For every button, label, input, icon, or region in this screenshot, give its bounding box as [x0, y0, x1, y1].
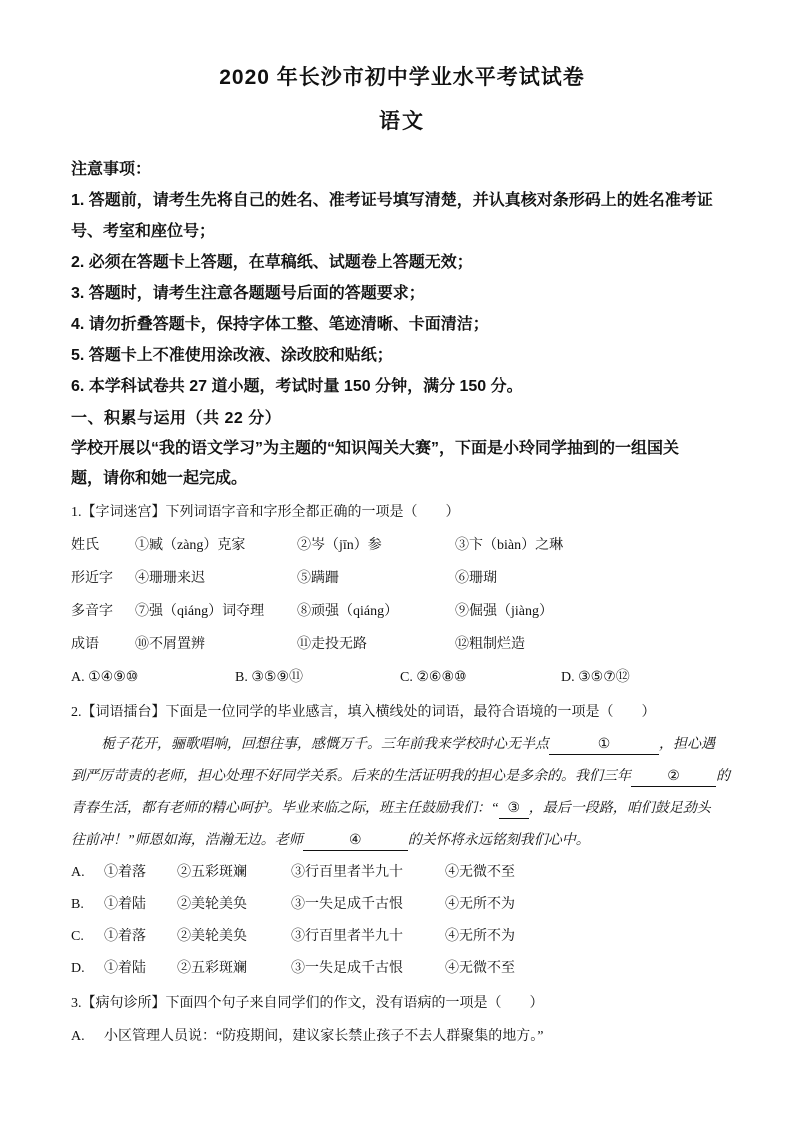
option-item: ④无微不至	[445, 953, 733, 985]
q1-row-item: ④珊珊来迟	[135, 562, 297, 595]
option-item: ③行百里者半九十	[291, 857, 445, 889]
blank-underline-4: ④	[303, 832, 408, 851]
passage-text: ，担心遇	[659, 737, 715, 752]
q2-passage-line: 栀子花开，骊歌唱响，回想往事，感慨万千。三年前我来学校时心无半点①，担心遇	[71, 729, 733, 761]
q1-option-d: D. ③⑤⑦⑫	[561, 661, 733, 694]
passage-text: ，最后一段路，咱们鼓足劲头	[529, 801, 711, 816]
blank-underline-1: ①	[549, 736, 659, 755]
q1-row-label: 姓氏	[71, 529, 135, 562]
notice-line: 2. 必须在答题卡上答题，在草稿纸、试题卷上答题无效；	[71, 247, 733, 278]
option-key: A.	[71, 1020, 104, 1053]
q1-row-item: ⑤蹒跚	[297, 562, 455, 595]
q1-row-item: ⑥珊瑚	[455, 562, 733, 595]
option-item: ①着陆	[104, 953, 177, 985]
passage-text: 到严厉苛责的老师，担心处理不好同学关系。后来的生活证明我的担心是多余的。我们三年	[71, 769, 631, 784]
section-intro-line: 题，请你和她一起完成。	[71, 464, 733, 494]
q1-row-item: ⑩不屑置辨	[135, 628, 297, 661]
q2-stem: 2.【词语擂台】下面是一位同学的毕业感言，填入横线处的词语，最符合语境的一项是（…	[71, 696, 733, 729]
q2-passage-line: 往前冲！”师恩如海，浩瀚无边。老师④的关怀将永远铭刻我们心中。	[71, 825, 733, 857]
blank-underline-2: ②	[631, 768, 716, 787]
notice-line: 4. 请勿折叠答题卡，保持字体工整、笔迹清晰、卡面清洁；	[71, 309, 733, 340]
page-title: 2020 年长沙市初中学业水平考试试卷	[71, 64, 733, 92]
question-2: 2.【词语擂台】下面是一位同学的毕业感言，填入横线处的词语，最符合语境的一项是（…	[71, 696, 733, 985]
option-item: ②美轮美奂	[177, 921, 291, 953]
option-item: ①着陆	[104, 889, 177, 921]
option-item: ①着落	[104, 921, 177, 953]
q1-row-surnames: 姓氏 ①臧（zàng）克家 ②岑（jīn）参 ③卞（biàn）之琳	[71, 529, 733, 562]
q1-row-item: ①臧（zàng）克家	[135, 529, 297, 562]
option-item: ④无微不至	[445, 857, 733, 889]
q1-row-item: ⑨倔强（jiàng）	[455, 595, 733, 628]
notice-heading: 注意事项：	[71, 154, 733, 185]
q1-stem: 1.【字词迷宫】下列词语字音和字形全都正确的一项是（ ）	[71, 496, 733, 529]
q1-row-label: 多音字	[71, 595, 135, 628]
q1-row-label: 成语	[71, 628, 135, 661]
section-intro-line: 学校开展以“我的语文学习”为主题的“知识闯关大赛”，下面是小玲同学抽到的一组国关	[71, 434, 733, 464]
option-key: D.	[71, 953, 104, 985]
notice-line: 5. 答题卡上不准使用涂改液、涂改胶和贴纸；	[71, 340, 733, 371]
option-item: ②五彩斑斓	[177, 857, 291, 889]
q1-row-item: ⑫粗制烂造	[455, 628, 733, 661]
option-item: ①着落	[104, 857, 177, 889]
option-item: ④无所不为	[445, 921, 733, 953]
passage-text: 青春生活，都有老师的精心呵护。毕业来临之际，班主任鼓励我们：“	[71, 801, 499, 816]
q1-row-similar-forms: 形近字 ④珊珊来迟 ⑤蹒跚 ⑥珊瑚	[71, 562, 733, 595]
subject-title: 语文	[71, 108, 733, 136]
q1-row-item: ⑪走投无路	[297, 628, 455, 661]
option-key: B.	[71, 889, 104, 921]
exam-paper-page: 2020 年长沙市初中学业水平考试试卷 语文 注意事项： 1. 答题前，请考生先…	[0, 0, 793, 1122]
option-text: 小区管理人员说：“防疫期间，建议家长禁止孩子不去人群聚集的地方。”	[104, 1020, 543, 1053]
q2-option-row-a: A. ①着落 ②五彩斑斓 ③行百里者半九十 ④无微不至	[71, 857, 733, 889]
option-item: ④无所不为	[445, 889, 733, 921]
blank-underline-3: ③	[499, 800, 529, 819]
q1-row-polyphones: 多音字 ⑦强（qiáng）词夺理 ⑧顽强（qiáng） ⑨倔强（jiàng）	[71, 595, 733, 628]
q2-option-row-b: B. ①着陆 ②美轮美奂 ③一失足成千古恨 ④无所不为	[71, 889, 733, 921]
passage-text: 的	[716, 769, 730, 784]
section-heading: 一、积累与运用（共 22 分）	[71, 404, 733, 434]
option-item: ③一失足成千古恨	[291, 953, 445, 985]
passage-text: 往前冲！”师恩如海，浩瀚无边。老师	[71, 833, 303, 848]
notice-section: 注意事项： 1. 答题前，请考生先将自己的姓名、准考证号填写清楚，并认真核对条形…	[71, 154, 733, 402]
q2-option-row-c: C. ①着落 ②美轮美奂 ③行百里者半九十 ④无所不为	[71, 921, 733, 953]
notice-line: 3. 答题时，请考生注意各题题号后面的答题要求；	[71, 278, 733, 309]
q1-row-item: ⑦强（qiáng）词夺理	[135, 595, 297, 628]
q1-options-row: A. ①④⑨⑩ B. ③⑤⑨⑪ C. ②⑥⑧⑩ D. ③⑤⑦⑫	[71, 661, 733, 694]
q1-row-item: ⑧顽强（qiáng）	[297, 595, 455, 628]
question-1: 1.【字词迷宫】下列词语字音和字形全都正确的一项是（ ） 姓氏 ①臧（zàng）…	[71, 496, 733, 694]
q1-row-item: ③卞（biàn）之琳	[455, 529, 733, 562]
option-key: C.	[71, 921, 104, 953]
q1-option-c: C. ②⑥⑧⑩	[400, 661, 561, 694]
option-item: ②美轮美奂	[177, 889, 291, 921]
option-item: ③行百里者半九十	[291, 921, 445, 953]
option-item: ③一失足成千古恨	[291, 889, 445, 921]
q2-passage-line: 到严厉苛责的老师，担心处理不好同学关系。后来的生活证明我的担心是多余的。我们三年…	[71, 761, 733, 793]
question-3: 3.【病句诊所】下面四个句子来自同学们的作文，没有语病的一项是（ ） A. 小区…	[71, 987, 733, 1053]
q1-option-a: A. ①④⑨⑩	[71, 661, 235, 694]
q1-row-idioms: 成语 ⑩不屑置辨 ⑪走投无路 ⑫粗制烂造	[71, 628, 733, 661]
q3-option-row-a: A. 小区管理人员说：“防疫期间，建议家长禁止孩子不去人群聚集的地方。”	[71, 1020, 733, 1053]
notice-line: 1. 答题前，请考生先将自己的姓名、准考证号填写清楚，并认真核对条形码上的姓名准…	[71, 185, 733, 216]
notice-line: 号、考室和座位号；	[71, 216, 733, 247]
q1-row-label: 形近字	[71, 562, 135, 595]
q2-option-row-d: D. ①着陆 ②五彩斑斓 ③一失足成千古恨 ④无微不至	[71, 953, 733, 985]
q1-option-b: B. ③⑤⑨⑪	[235, 661, 400, 694]
notice-line: 6. 本学科试卷共 27 道小题，考试时量 150 分钟，满分 150 分。	[71, 371, 733, 402]
passage-text: 栀子花开，骊歌唱响，回想往事，感慨万千。三年前我来学校时心无半点	[101, 737, 549, 752]
option-key: A.	[71, 857, 104, 889]
q2-passage-line: 青春生活，都有老师的精心呵护。毕业来临之际，班主任鼓励我们：“③，最后一段路，咱…	[71, 793, 733, 825]
option-item: ②五彩斑斓	[177, 953, 291, 985]
q1-row-item: ②岑（jīn）参	[297, 529, 455, 562]
q3-stem: 3.【病句诊所】下面四个句子来自同学们的作文，没有语病的一项是（ ）	[71, 987, 733, 1020]
passage-text: 的关怀将永远铭刻我们心中。	[408, 833, 590, 848]
